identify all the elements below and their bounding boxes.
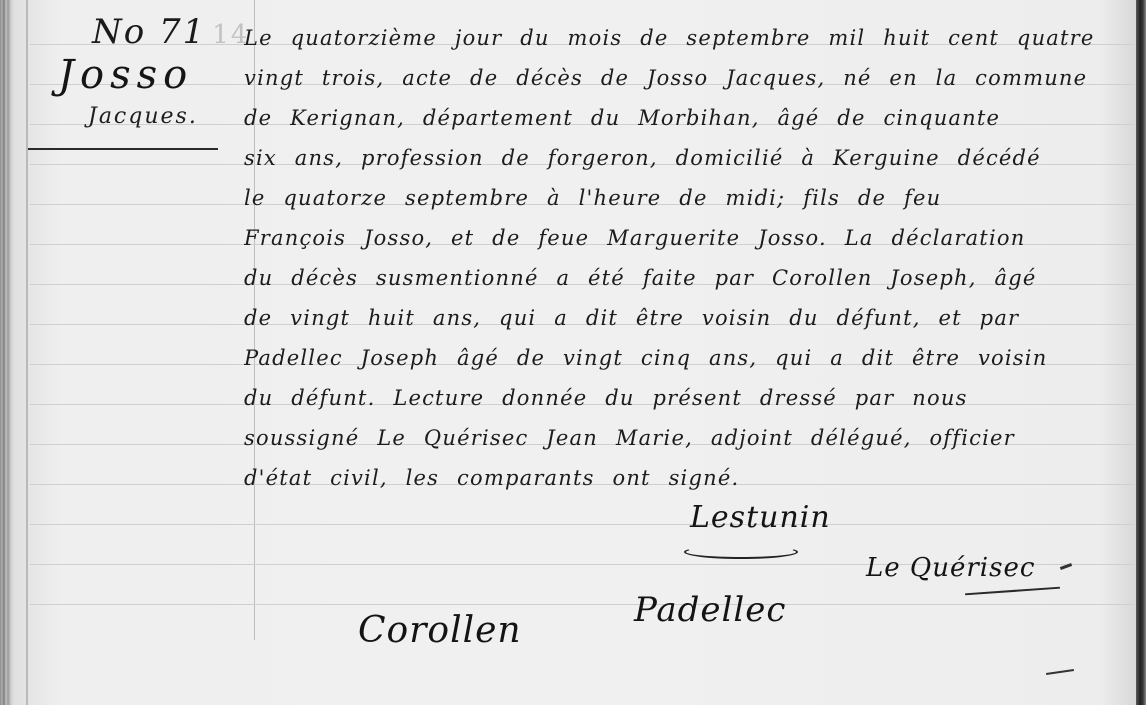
body-line: Padellec Joseph âgé de vingt cinq ans, q… (244, 338, 1134, 378)
body-line: six ans, profession de forgeron, domicil… (244, 138, 1134, 178)
record-body: Le quatorzième jour du mois de septembre… (244, 18, 1134, 498)
signature-declarant-2: Padellec (634, 590, 786, 630)
body-line: le quatorze septembre à l'heure de midi;… (244, 178, 1134, 218)
signature-officer-1: Lestunin (690, 500, 831, 535)
ink-mark (1046, 669, 1074, 675)
ruled-line (30, 604, 1134, 605)
margin-underline (28, 148, 218, 150)
signature-flourish (684, 545, 798, 559)
body-line: du défunt. Lecture donnée du présent dre… (244, 378, 1134, 418)
body-line: François Josso, et de feue Marguerite Jo… (244, 218, 1134, 258)
margin-surname: Josso (58, 52, 193, 98)
body-line: de Kerignan, département du Morbihan, âg… (244, 98, 1134, 138)
body-line: Le quatorzième jour du mois de septembre… (244, 18, 1134, 58)
body-line: du décès susmentionné a été faite par Co… (244, 258, 1134, 298)
body-line: soussigné Le Quérisec Jean Marie, adjoin… (244, 418, 1134, 458)
signature-flourish (965, 587, 1060, 596)
binding-line (26, 0, 28, 705)
body-line: d'état civil, les comparants ont signé. (244, 458, 1134, 498)
body-line: de vingt huit ans, qui a dit être voisin… (244, 298, 1134, 338)
record-number: No 7114 (92, 12, 249, 52)
body-line: vingt trois, acte de décès de Josso Jacq… (244, 58, 1134, 98)
record-number-label: No 71 (92, 12, 206, 52)
ruled-line (30, 524, 1134, 525)
binding-edge-left (0, 0, 14, 705)
page-edge-right (1136, 0, 1146, 705)
signature-officer-2: Le Quérisec (866, 553, 1035, 583)
register-page: No 7114 Josso Jacques. Le quatorzième jo… (0, 0, 1146, 705)
signature-declarant-1: Corollen (358, 610, 522, 651)
margin-first-name: Jacques. (88, 104, 198, 129)
